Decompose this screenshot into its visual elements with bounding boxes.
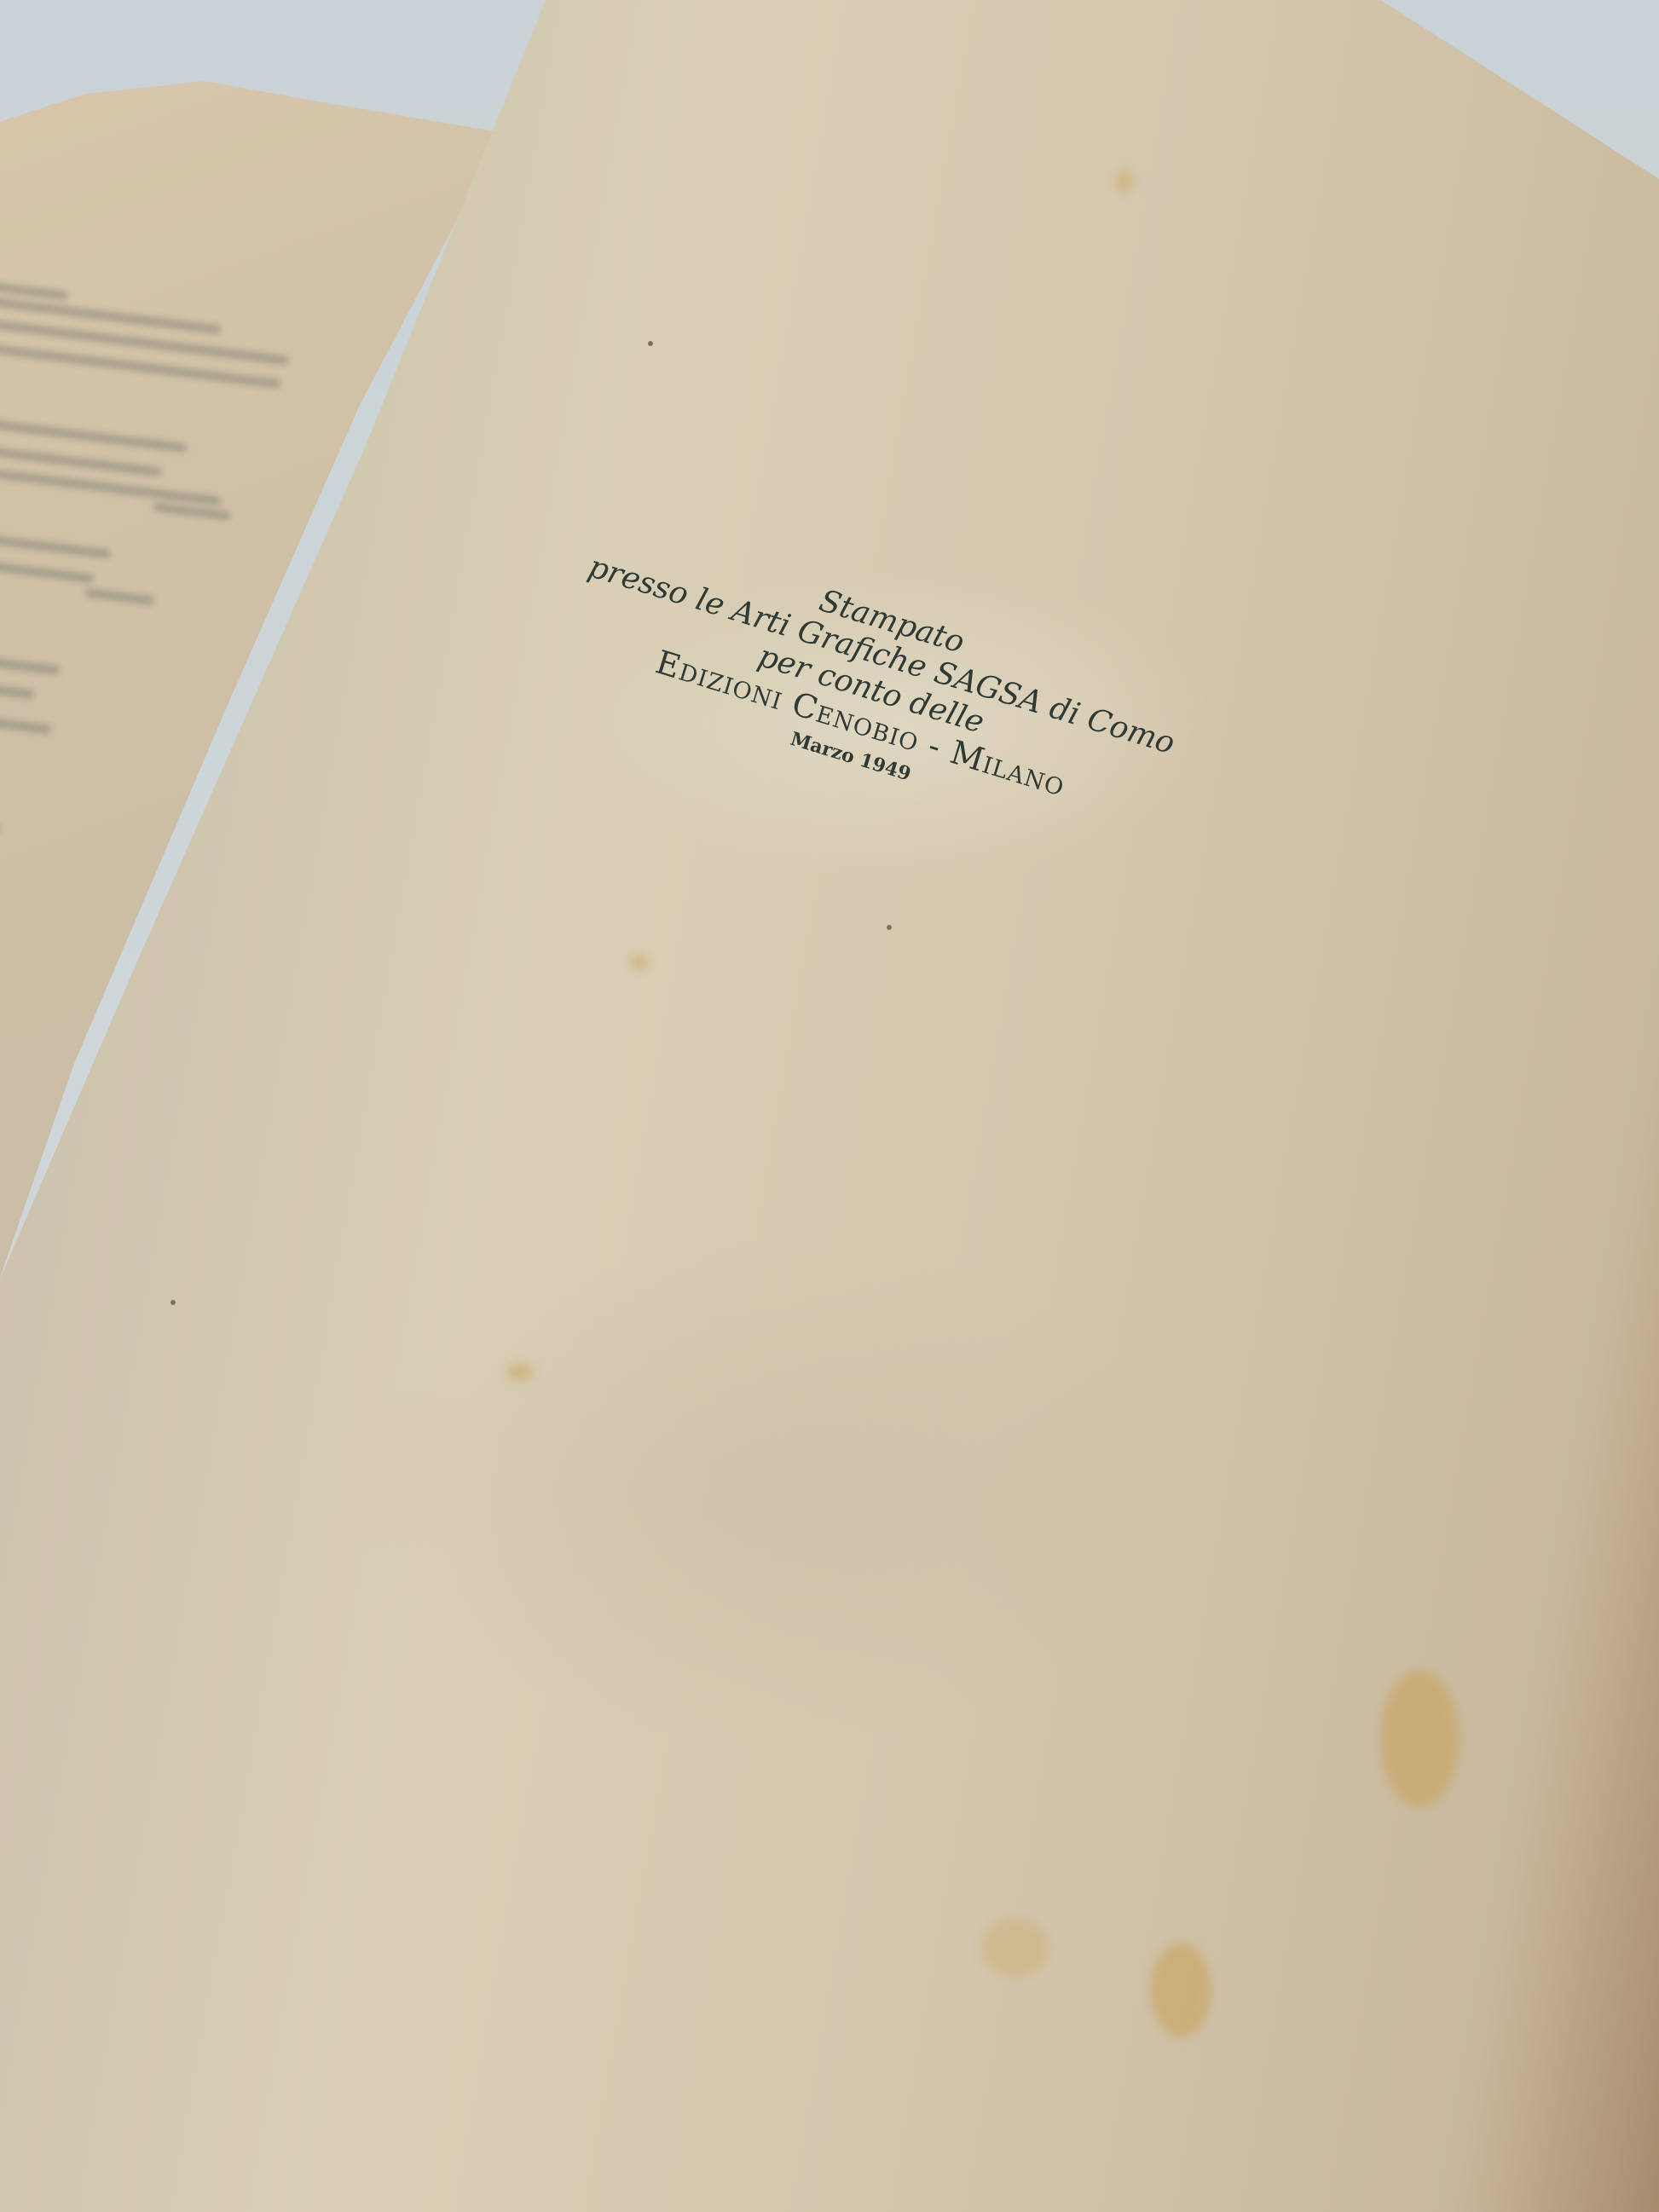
blurred-text-line (85, 588, 154, 605)
paper-stain (1151, 1943, 1211, 2037)
paper-stain (1117, 170, 1132, 193)
paper-stain (1381, 1671, 1458, 1807)
paper-stain (631, 955, 648, 970)
blurred-text-line (0, 466, 221, 505)
blurred-text-line (0, 559, 94, 583)
blurred-text-line (0, 715, 51, 734)
blurred-text-line (0, 444, 162, 476)
blurred-text-line (0, 682, 34, 699)
blurred-text-line (153, 503, 231, 521)
blurred-text-line (0, 280, 68, 301)
colophon: Stampato presso le Arti Grafiche SAGSA d… (513, 503, 1231, 869)
blurred-text-line (0, 533, 111, 559)
blurred-text-line (0, 655, 60, 674)
photo-scene: Stampato presso le Arti Grafiche SAGSA d… (0, 0, 1659, 2212)
blurred-text-line (0, 417, 188, 453)
paper-speck (887, 925, 892, 930)
paper-speck (171, 1300, 176, 1305)
paper-speck (648, 341, 653, 346)
paper-stain (507, 1364, 533, 1381)
paper-stain (980, 1918, 1049, 1978)
